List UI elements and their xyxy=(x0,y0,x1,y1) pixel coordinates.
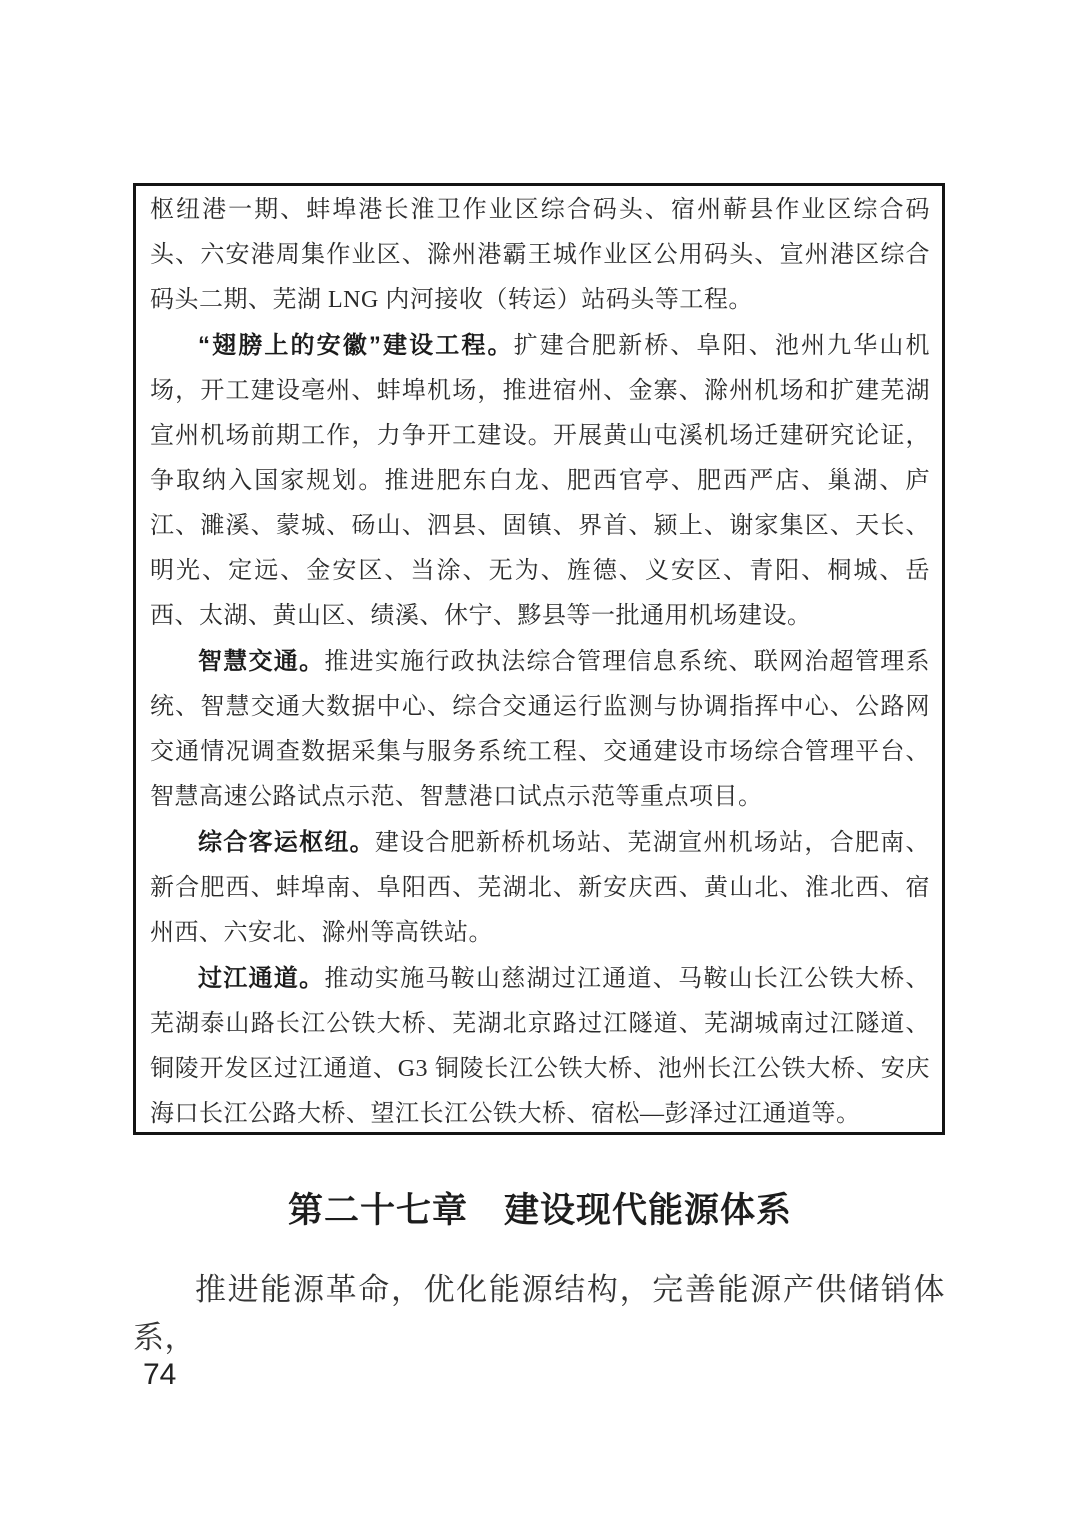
chapter-intro-paragraph: 推进能源革命，优化能源结构，完善能源产供储销体系， xyxy=(133,1266,945,1362)
box-paragraph: 过江通道。推动实施马鞍山慈湖过江通道、马鞍山长江公铁大桥、芜湖泰山路长江公铁大桥… xyxy=(150,956,930,1135)
box-paragraph: 综合客运枢纽。建设合肥新桥机场站、芜湖宣州机场站，合肥南、新合肥西、蚌埠南、阜阳… xyxy=(150,820,930,956)
paragraph-lead: 综合客运枢纽。 xyxy=(198,829,375,856)
paragraph-lead: 过江通道。 xyxy=(198,965,324,992)
paragraph-lead: 智慧交通。 xyxy=(198,648,324,675)
paragraph-lead: “翅膀上的安徽”建设工程。 xyxy=(198,332,514,359)
box-paragraph: “翅膀上的安徽”建设工程。扩建合肥新桥、阜阳、池州九华山机场，开工建设亳州、蚌埠… xyxy=(150,323,930,639)
box-paragraph: 枢纽港一期、蚌埠港长淮卫作业区综合码头、宿州蕲县作业区综合码头、六安港周集作业区… xyxy=(150,188,930,323)
document-page: { "content_box": { "paragraphs": [ { "le… xyxy=(0,0,1080,1527)
box-paragraph: 智慧交通。推进实施行政执法综合管理信息系统、联网治超管理系统、智慧交通大数据中心… xyxy=(150,639,930,820)
page-number: 74 xyxy=(143,1358,176,1392)
content-box: 枢纽港一期、蚌埠港长淮卫作业区综合码头、宿州蕲县作业区综合码头、六安港周集作业区… xyxy=(133,183,945,1135)
chapter-title: 第二十七章 建设现代能源体系 xyxy=(0,1190,1080,1232)
